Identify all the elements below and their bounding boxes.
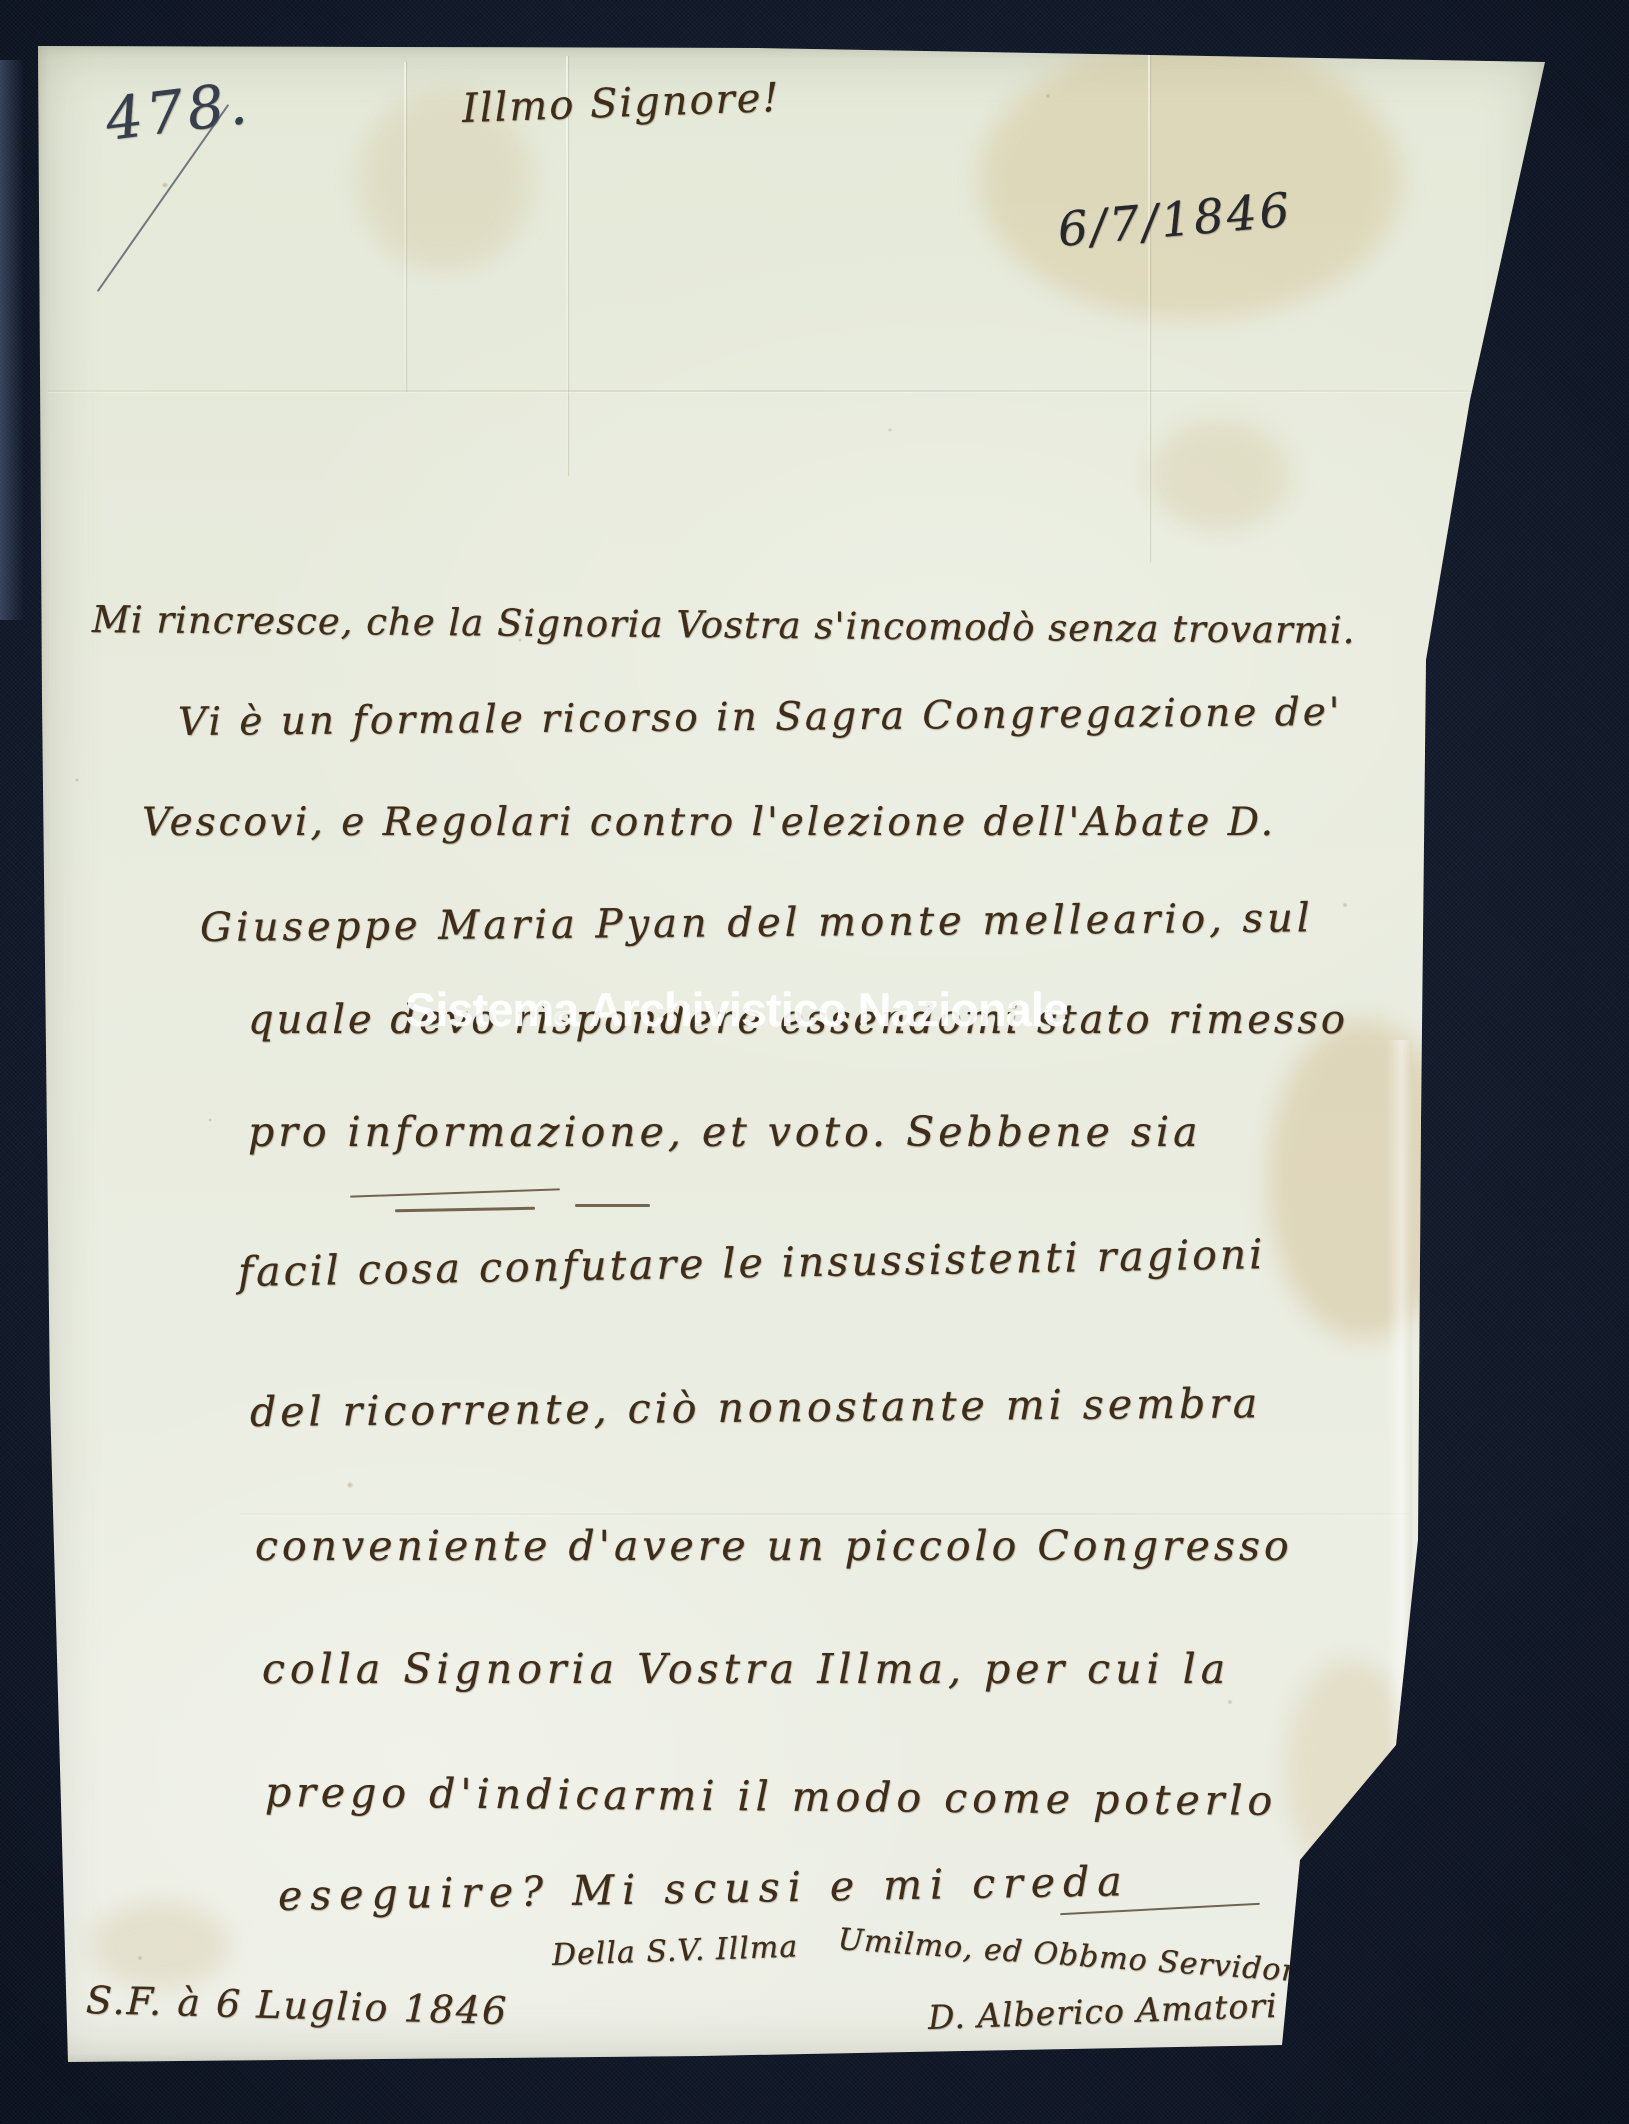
fold-crease-vertical — [1148, 52, 1150, 562]
archive-watermark: Sistema Archivistico Nazionale — [405, 982, 1068, 1037]
body-line: prego d'indicarmi il modo come poterlo — [265, 1768, 1278, 1825]
paper-stain — [980, 40, 1400, 320]
place-date: S.F. à 6 Luglio 1846 — [85, 1978, 508, 2033]
dash-mark — [575, 1204, 650, 1207]
closing-left: Della S.V. Illma — [551, 1929, 798, 1973]
body-line: del ricorrente, ciò nonostante mi sembra — [250, 1379, 1262, 1436]
fold-crease-horizontal — [240, 1513, 1410, 1515]
body-line: facil cosa confutare le insussistenti ra… — [238, 1230, 1266, 1296]
body-line: pro informazione, et voto. Sebbene sia — [248, 1108, 1202, 1156]
body-line: Vi è un formale ricorso in Sagra Congreg… — [178, 690, 1343, 745]
fold-crease-vertical — [404, 62, 406, 392]
closing-right: Umilmo, ed Obbmo Servidore — [837, 1922, 1317, 1990]
body-line: Giuseppe Maria Pyan del monte melleario,… — [200, 895, 1314, 951]
letter-paper: 478. Illmo Signore! 6/7/1846 Mi rincresc… — [38, 46, 1548, 2063]
scan-root: 478. Illmo Signore! 6/7/1846 Mi rincresc… — [0, 0, 1629, 2124]
salutation: Illmo Signore! — [461, 75, 781, 132]
body-line: Mi rincresce, che la Signoria Vostra s'i… — [92, 598, 1356, 652]
body-line: conveniente d'avere un piccolo Congresso — [255, 1522, 1293, 1570]
body-line: Vescovi, e Regolari contro l'elezione de… — [142, 800, 1276, 845]
body-line: eseguire? Mi scusi e mi creda — [278, 1857, 1130, 1920]
paper-stain — [90, 1900, 230, 1990]
scan-edge-highlight — [0, 60, 24, 620]
underline-mark — [395, 1207, 535, 1212]
fold-crease-horizontal — [48, 390, 1518, 392]
underline-mark — [350, 1188, 560, 1197]
body-line: colla Signoria Vostra Illma, per cui la — [262, 1645, 1230, 1693]
paper-stain — [1150, 420, 1290, 530]
archival-number: 478. — [102, 69, 254, 154]
